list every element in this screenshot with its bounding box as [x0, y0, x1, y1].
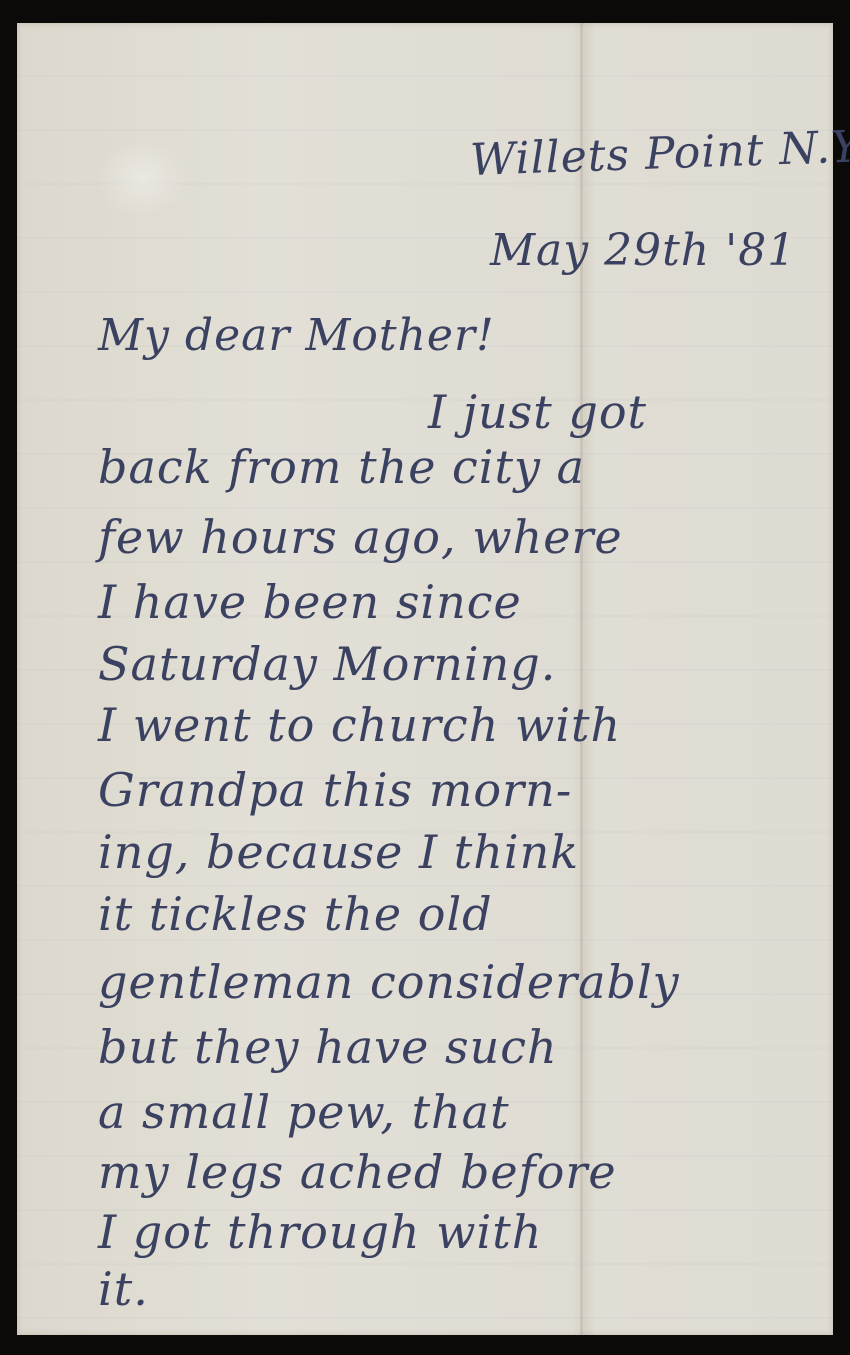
embossed-stationery-mark [97, 138, 187, 218]
letter-line: I went to church with [98, 698, 621, 752]
letter-line: it. [98, 1262, 149, 1316]
letter-line: back from the city a [98, 440, 585, 494]
letter-line: I have been since [98, 575, 522, 629]
scanned-letter: Willets Point N.Y. May 29th '81 My dear … [0, 0, 850, 1355]
letter-line: Saturday Morning. [98, 637, 556, 691]
letter-line: it tickles the old [98, 887, 493, 941]
letter-line: Grandpa this morn- [98, 763, 572, 817]
letter-date: May 29th '81 [490, 225, 796, 276]
paper-fold-line [580, 23, 583, 1335]
letter-line: but they have such [98, 1020, 558, 1074]
letter-line: I got through with [98, 1205, 542, 1259]
letter-line: gentleman considerably [98, 955, 680, 1009]
letter-greeting: My dear Mother! [98, 310, 495, 361]
letter-line: few hours ago, where [98, 510, 623, 564]
letter-line: ing, because I think [98, 825, 579, 879]
letter-line: my legs ached before [98, 1145, 617, 1199]
letter-line: a small pew, that [98, 1085, 510, 1139]
letter-line: I just got [428, 385, 647, 439]
